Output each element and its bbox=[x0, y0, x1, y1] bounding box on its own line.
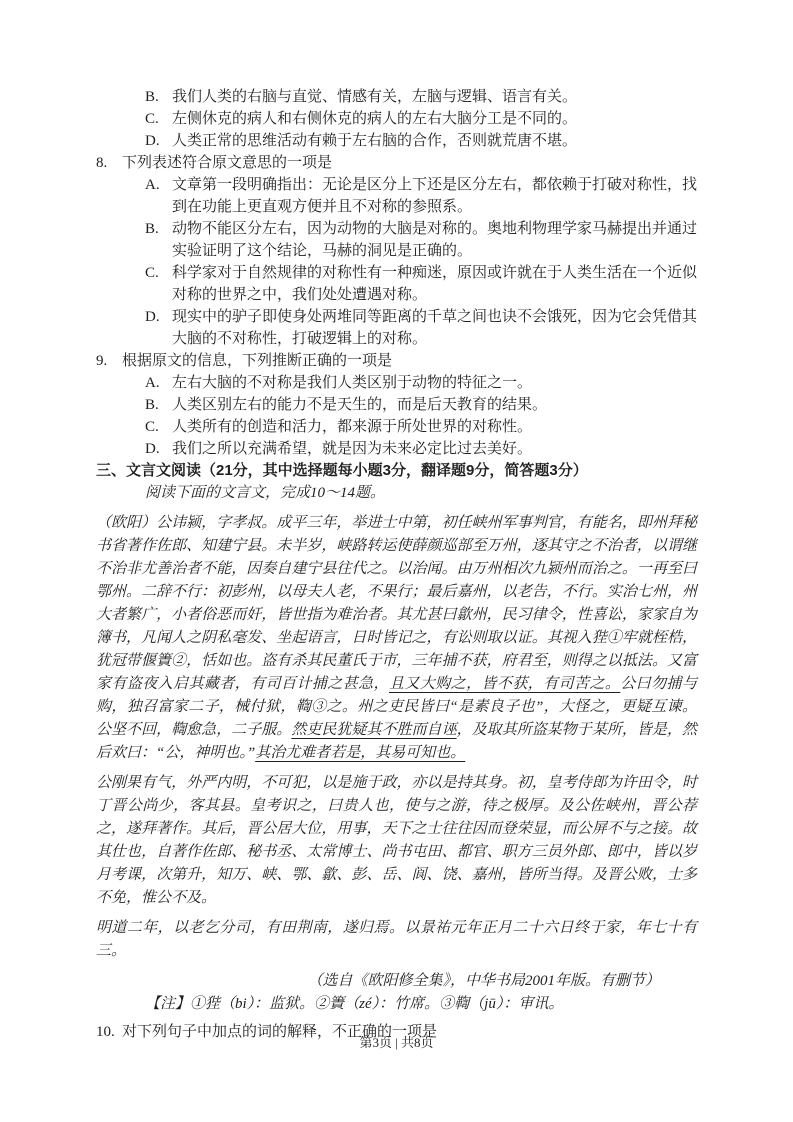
option-row: D. 我们之所以充满希望，就是因为未来必定比过去美好。 bbox=[96, 438, 697, 460]
option-row: D. 人类正常的思维活动有赖于左右脑的合作，否则就荒唐不堪。 bbox=[96, 130, 697, 152]
option-row: C. 人类所有的创造和活力，都来源于所处世界的对称性。 bbox=[96, 416, 697, 438]
option-row: B. 人类区别左右的能力不是天生的，而是后天教育的结果。 bbox=[96, 394, 697, 416]
option-label: B. bbox=[145, 218, 172, 262]
option-label: B. bbox=[145, 86, 172, 108]
option-label: A. bbox=[145, 174, 172, 218]
passage-note: 【注】①狴（bi）：监狱。②簀（zé）：竹席。③鞫（jū）：审讯。 bbox=[96, 993, 697, 1016]
section-3-heading: 三、文言文阅读（21分，其中选择题每小题3分，翻译题9分，简答题3分） bbox=[96, 460, 697, 482]
option-label: C. bbox=[145, 108, 172, 130]
classical-passage: （欧阳）公讳颍，字孝叔。成平三年，举进士中第，初任峡州军事判官，有能名，即州拜秘… bbox=[96, 512, 697, 1016]
option-label: C. bbox=[145, 416, 172, 438]
page-footer: 第3页 | 共8页 bbox=[0, 1034, 793, 1052]
option-row: A. 文章第一段明确指出：无论是区分上下还是区分左右，都依赖于打破对称性，找到在… bbox=[96, 174, 697, 218]
option-label: D. bbox=[145, 438, 172, 460]
option-label: D. bbox=[145, 130, 172, 152]
option-text: 文章第一段明确指出：无论是区分上下还是区分左右，都依赖于打破对称性，找到在功能上… bbox=[172, 174, 697, 218]
option-row: D. 现实中的驴子即使身处两堆同等距离的千草之间也诀不会饿死，因为它会凭借其大脑… bbox=[96, 306, 697, 350]
underlined-text: 且又大购之，皆不获，有司苦之。 bbox=[389, 676, 620, 692]
option-label: A. bbox=[145, 372, 172, 394]
passage-text: 明道二年，以老乞分司，有田荆南，遂归焉。以景祐元年正月二十六日终于家，年七十有三… bbox=[96, 920, 697, 959]
question-8-stem: 8. 下列表述符合原文意思的一项是 bbox=[96, 152, 697, 174]
question-number: 9. bbox=[96, 350, 122, 372]
option-label: B. bbox=[145, 394, 172, 416]
underlined-text: 然吏民犹疑其不胜而自诬 bbox=[291, 722, 456, 738]
passage-text: 公刚果有气，外严内明，不可犯，以是施于政，亦以是持其身。初，皇考侍郎为许田令，时… bbox=[96, 775, 697, 906]
question-7-options: B. 我们人类的右脑与直觉、情感有关，左脑与逻辑、语言有关。 C. 左侧休克的病… bbox=[96, 86, 697, 152]
passage-attribution: （选自《欧阳修全集》，中华书局2001年版。有删节） bbox=[96, 970, 697, 993]
option-text: 现实中的驴子即使身处两堆同等距离的千草之间也诀不会饿死，因为它会凭借其大脑的不对… bbox=[172, 306, 697, 350]
option-row: B. 动物不能区分左右，因为动物的大脑是对称的。奥地利物理学家马赫提出并通过实验… bbox=[96, 218, 697, 262]
page-content: B. 我们人类的右脑与直觉、情感有关，左脑与逻辑、语言有关。 C. 左侧休克的病… bbox=[96, 86, 697, 1043]
option-text: 人类正常的思维活动有赖于左右脑的合作，否则就荒唐不堪。 bbox=[172, 130, 697, 152]
passage-paragraph-1: （欧阳）公讳颍，字孝叔。成平三年，举进士中第，初任峡州军事判官，有能名，即州拜秘… bbox=[96, 512, 697, 765]
question-8-options: A. 文章第一段明确指出：无论是区分上下还是区分左右，都依赖于打破对称性，找到在… bbox=[96, 174, 697, 350]
section-3-instruction: 阅读下面的文言文，完成10～14题。 bbox=[96, 482, 697, 504]
exam-page: B. 我们人类的右脑与直觉、情感有关，左脑与逻辑、语言有关。 C. 左侧休克的病… bbox=[0, 0, 793, 1122]
question-9-stem: 9. 根据原文的信息，下列推断正确的一项是 bbox=[96, 350, 697, 372]
question-9-options: A. 左右大脑的不对称是我们人类区别于动物的特征之一。 B. 人类区别左右的能力… bbox=[96, 372, 697, 460]
question-text: 下列表述符合原文意思的一项是 bbox=[122, 152, 697, 174]
option-text: 人类区别左右的能力不是天生的，而是后天教育的结果。 bbox=[172, 394, 697, 416]
passage-text: （欧阳）公讳颍，字孝叔。成平三年，举进士中第，初任峡州军事判官，有能名，即州拜秘… bbox=[96, 515, 697, 692]
option-label: C. bbox=[145, 262, 172, 306]
option-text: 科学家对于自然规律的对称性有一种痴迷，原因或许就在于人类生活在一个近似对称的世界… bbox=[172, 262, 697, 306]
option-text: 我们人类的右脑与直觉、情感有关，左脑与逻辑、语言有关。 bbox=[172, 86, 697, 108]
passage-paragraph-3: 明道二年，以老乞分司，有田荆南，遂归焉。以景祐元年正月二十六日终于家，年七十有三… bbox=[96, 917, 697, 963]
option-text: 左侧休克的病人和右侧休克的病人的左右大脑分工是不同的。 bbox=[172, 108, 697, 130]
option-row: C. 左侧休克的病人和右侧休克的病人的左右大脑分工是不同的。 bbox=[96, 108, 697, 130]
option-text: 动物不能区分左右，因为动物的大脑是对称的。奥地利物理学家马赫提出并通过实验证明了… bbox=[172, 218, 697, 262]
question-text: 根据原文的信息，下列推断正确的一项是 bbox=[122, 350, 697, 372]
option-row: C. 科学家对于自然规律的对称性有一种痴迷，原因或许就在于人类生活在一个近似对称… bbox=[96, 262, 697, 306]
passage-paragraph-2: 公刚果有气，外严内明，不可犯，以是施于政，亦以是持其身。初，皇考侍郎为许田令，时… bbox=[96, 772, 697, 910]
option-text: 我们之所以充满希望，就是因为未来必定比过去美好。 bbox=[172, 438, 697, 460]
option-row: B. 我们人类的右脑与直觉、情感有关，左脑与逻辑、语言有关。 bbox=[96, 86, 697, 108]
underlined-text: 其治尤难者若是，其易可知也。 bbox=[255, 745, 465, 761]
option-text: 左右大脑的不对称是我们人类区别于动物的特征之一。 bbox=[172, 372, 697, 394]
option-text: 人类所有的创造和活力，都来源于所处世界的对称性。 bbox=[172, 416, 697, 438]
question-number: 8. bbox=[96, 152, 122, 174]
option-row: A. 左右大脑的不对称是我们人类区别于动物的特征之一。 bbox=[96, 372, 697, 394]
option-label: D. bbox=[145, 306, 172, 350]
